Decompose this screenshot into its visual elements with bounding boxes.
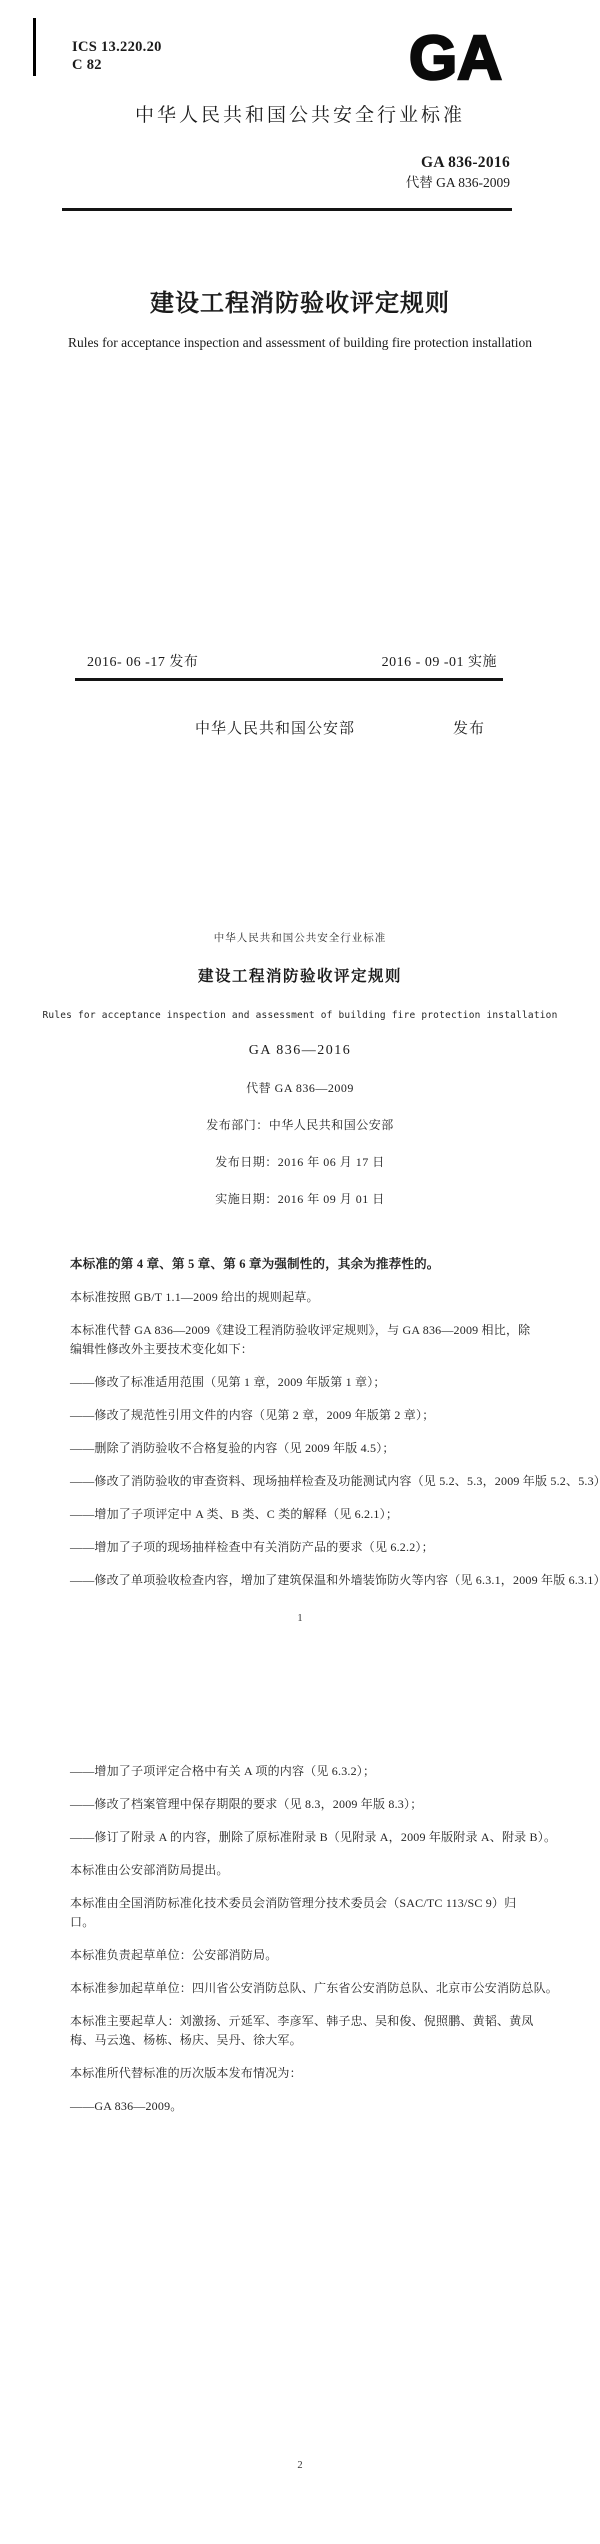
- document-title-en: Rules for acceptance inspection and asse…: [0, 1010, 600, 1021]
- change-list-item: ——增加了子项的现场抽样检查中有关消防产品的要求（见 6.2.2）；: [70, 1538, 540, 1557]
- foreword-paragraph: 本标准主要起草人：刘激扬、亓延军、李彦军、韩子忠、吴和俊、倪照鹏、黄韬、黄凤梅、…: [70, 2012, 540, 2050]
- header-divider-rule: [62, 208, 512, 211]
- document-title-cn: 建设工程消防验收评定规则: [0, 283, 600, 318]
- replaces-note: 代替 GA 836-2009: [0, 175, 510, 192]
- page-number: 1: [0, 1613, 600, 1624]
- publisher-name: 中华人民共和国公安部: [195, 717, 355, 738]
- standard-type-title: 中华人民共和国公共安全行业标准: [0, 100, 600, 127]
- ics-code: ICS 13.220.20: [72, 38, 162, 56]
- previous-edition-item: ——GA 836—2009。: [70, 2097, 540, 2116]
- foreword-page-1: 中华人民共和国公共安全行业标准 建设工程消防验收评定规则 Rules for a…: [0, 900, 600, 1640]
- foreword-paragraph: 本标准代替 GA 836—2009《建设工程消防验收评定规则》，与 GA 836…: [70, 1321, 540, 1359]
- change-list-item: ——修改了消防验收的审查资料、现场抽样检查及功能测试内容（见 5.2、5.3，2…: [70, 1472, 540, 1491]
- issue-date: 发布日期：2016 年 06 月 17 日: [0, 1153, 600, 1170]
- foreword-body: ——增加了子项评定合格中有关 A 项的内容（见 6.3.2）； ——修改了档案管…: [0, 1762, 600, 2116]
- foreword-paragraph: 本标准参加起草单位：四川省公安消防总队、广东省公安消防总队、北京市公安消防总队。: [70, 1979, 540, 1998]
- foreword-paragraph: 本标准由公安部消防局提出。: [70, 1861, 540, 1880]
- mandatory-clause-note: 本标准的第 4 章、第 5 章、第 6 章为强制性的，其余为推荐性的。: [70, 1255, 540, 1274]
- publisher-row: 中华人民共和国公安部 发布: [0, 717, 600, 738]
- issue-date: 2016- 06 -17 发布: [87, 651, 198, 671]
- standard-number: GA 836—2016: [0, 1043, 600, 1059]
- cover-page: ICS 13.220.20 C 82 GA 中华人民共和国公共安全行业标准 GA…: [0, 0, 600, 900]
- implement-date: 实施日期：2016 年 09 月 01 日: [0, 1190, 600, 1207]
- footer-divider-rule: [75, 678, 503, 681]
- ics-code-block: ICS 13.220.20 C 82: [72, 38, 162, 74]
- implement-date: 2016 - 09 -01 实施: [382, 651, 497, 671]
- change-list-item: ——修改了档案管理中保存期限的要求（见 8.3，2009 年版 8.3）；: [70, 1795, 540, 1814]
- standard-type-title: 中华人民共和国公共安全行业标准: [0, 930, 600, 945]
- change-list-item: ——删除了消防验收不合格复验的内容（见 2009 年版 4.5）；: [70, 1439, 540, 1458]
- foreword-page-2: ——增加了子项评定合格中有关 A 项的内容（见 6.3.2）； ——修改了档案管…: [0, 1640, 600, 2544]
- change-list-item: ——修改了规范性引用文件的内容（见第 2 章，2009 年版第 2 章）；: [70, 1406, 540, 1425]
- replaces-note: 代替 GA 836—2009: [0, 1079, 600, 1096]
- change-list-item: ——增加了子项评定中 A 类、B 类、C 类的解释（见 6.2.1）；: [70, 1505, 540, 1524]
- foreword-paragraph: 本标准按照 GB/T 1.1—2009 给出的规则起草。: [70, 1288, 540, 1307]
- scan-edge-artifact: [33, 18, 36, 76]
- change-list-item: ——增加了子项评定合格中有关 A 项的内容（见 6.3.2）；: [70, 1762, 540, 1781]
- page-number: 2: [0, 2460, 600, 2471]
- change-list-item: ——修订了附录 A 的内容，删除了原标准附录 B（见附录 A，2009 年版附录…: [70, 1828, 540, 1847]
- document-title-cn: 建设工程消防验收评定规则: [0, 964, 600, 986]
- issuing-department: 发布部门：中华人民共和国公安部: [0, 1116, 600, 1133]
- standard-number: GA 836-2016: [0, 153, 510, 172]
- foreword-paragraph: 本标准负责起草单位：公安部消防局。: [70, 1946, 540, 1965]
- foreword-body: 本标准的第 4 章、第 5 章、第 6 章为强制性的，其余为推荐性的。 本标准按…: [0, 1255, 600, 1590]
- standard-document: ICS 13.220.20 C 82 GA 中华人民共和国公共安全行业标准 GA…: [0, 0, 600, 2544]
- document-title-en: Rules for acceptance inspection and asse…: [65, 333, 535, 353]
- publish-label: 发布: [453, 717, 485, 738]
- foreword-paragraph: 本标准所代替标准的历次版本发布情况为：: [70, 2064, 540, 2083]
- change-list-item: ——修改了标准适用范围（见第 1 章，2009 年版第 1 章）；: [70, 1373, 540, 1392]
- foreword-paragraph: 本标准由全国消防标准化技术委员会消防管理分技术委员会（SAC/TC 113/SC…: [70, 1894, 540, 1932]
- date-row: 2016- 06 -17 发布 2016 - 09 -01 实施: [0, 651, 600, 671]
- ga-standard-logo: GA: [409, 28, 502, 90]
- change-list-item: ——修改了单项验收检查内容，增加了建筑保温和外墙装饰防火等内容（见 6.3.1，…: [70, 1571, 540, 1590]
- standard-number-block: GA 836-2016 代替 GA 836-2009: [0, 153, 600, 192]
- cover-header: ICS 13.220.20 C 82 GA: [0, 0, 600, 90]
- ics-class-code: C 82: [72, 56, 162, 74]
